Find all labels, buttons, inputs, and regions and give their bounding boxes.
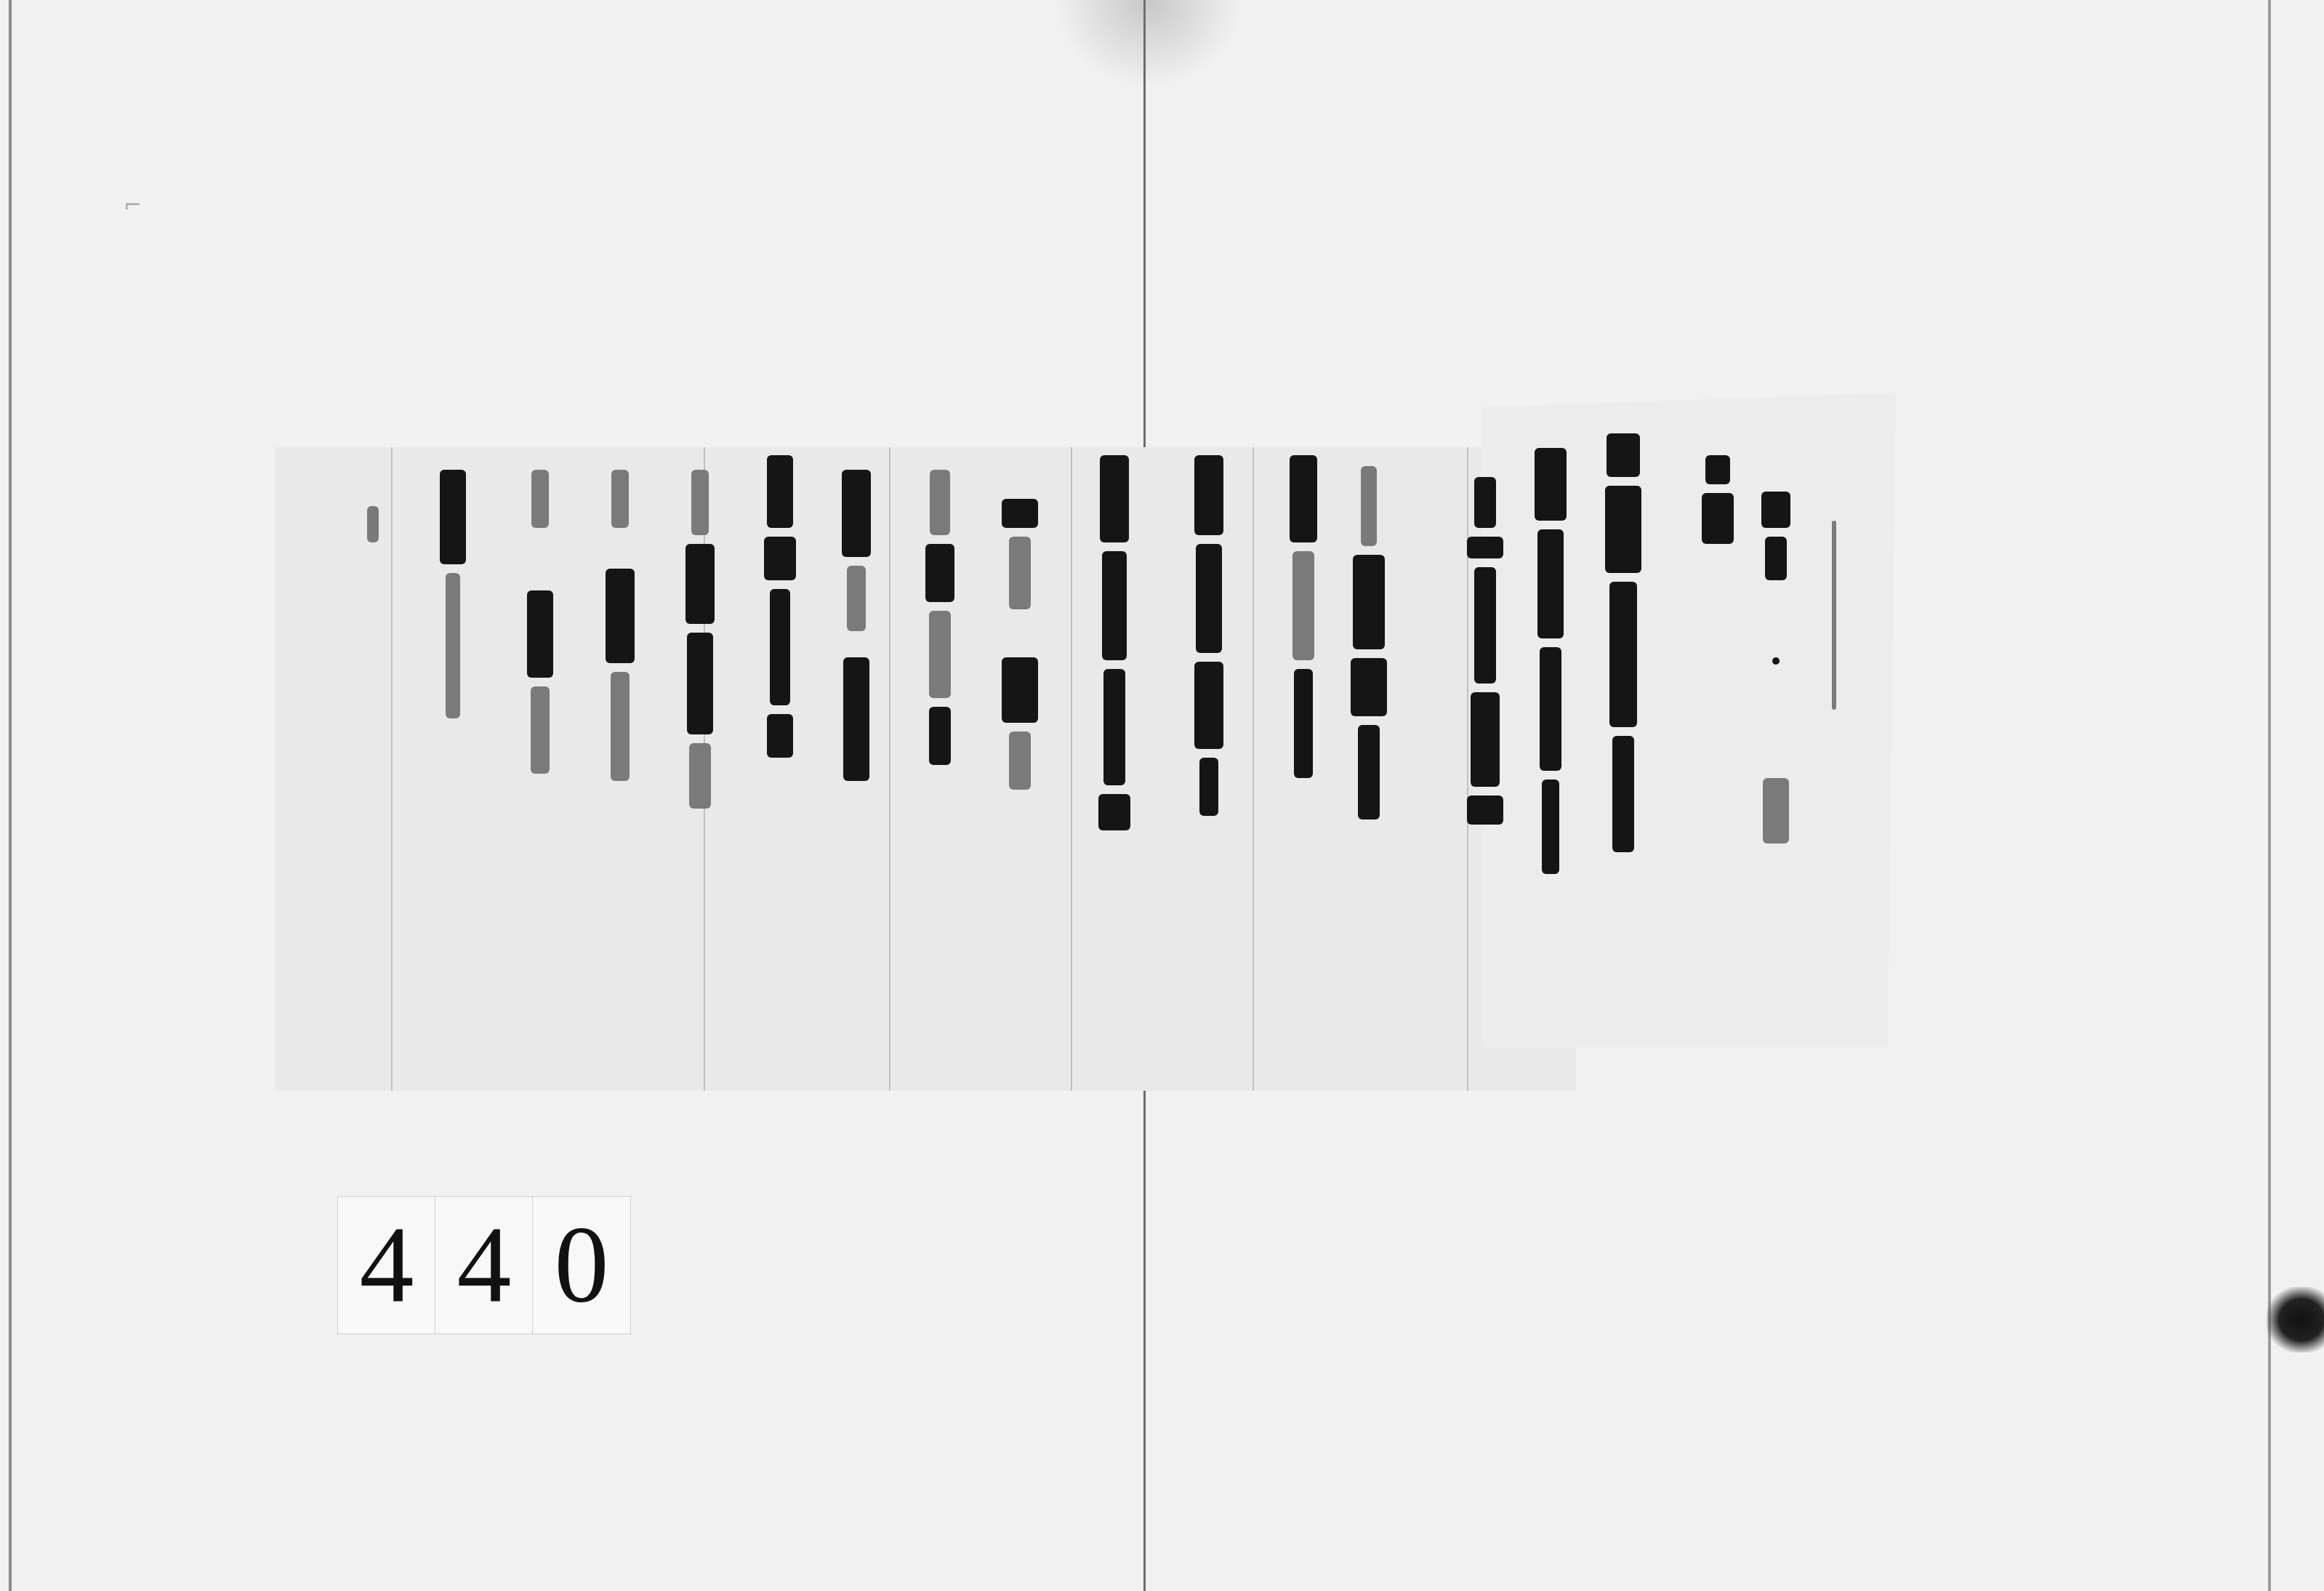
text-column — [755, 451, 805, 762]
text-column — [1750, 487, 1801, 848]
paper-fold — [889, 447, 890, 1091]
archive-label-digit: 4 — [435, 1196, 534, 1334]
manuscript-document — [275, 393, 1896, 1091]
text-column — [347, 502, 398, 547]
ink-blot — [2267, 1287, 2324, 1352]
paper-smudge — [1054, 0, 1243, 87]
text-column — [1460, 473, 1511, 829]
paper-fold — [1253, 447, 1254, 1091]
text-column — [427, 465, 478, 723]
text-column — [1183, 451, 1234, 820]
text-column — [831, 465, 882, 785]
text-column — [1692, 451, 1743, 548]
text-column — [1089, 451, 1140, 835]
text-column — [914, 465, 965, 769]
text-column — [994, 494, 1045, 794]
text-column — [1809, 516, 1859, 714]
text-column — [1598, 429, 1649, 857]
paper-fold — [1071, 447, 1072, 1091]
stray-mark: ⌐ — [124, 193, 142, 218]
text-column — [515, 465, 566, 778]
text-column — [1278, 451, 1329, 782]
text-column — [675, 465, 725, 813]
text-column — [1525, 444, 1576, 878]
archive-label-digit: 0 — [532, 1196, 631, 1334]
archive-label-digit: 4 — [337, 1196, 436, 1334]
text-column — [1343, 462, 1394, 824]
text-column — [595, 465, 646, 785]
page-edge-left — [9, 0, 12, 1591]
